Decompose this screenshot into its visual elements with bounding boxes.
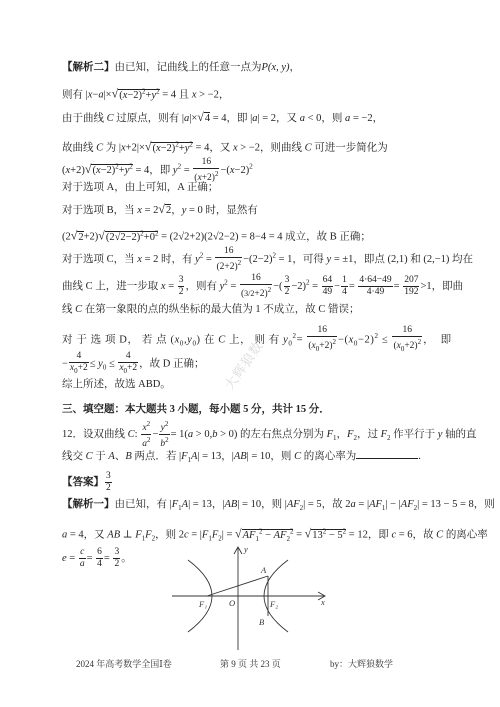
segment-f1-a <box>207 576 268 596</box>
x-label: x <box>320 597 325 607</box>
y-label: y <box>243 544 248 554</box>
point-a-label: A <box>260 565 267 575</box>
hyperbola-diagram: y x O F₁ F₂ A B <box>0 0 500 707</box>
origin-label: O <box>229 598 235 608</box>
footer-right: by：大辉狼数学 <box>330 657 393 670</box>
f1-label: F₁ <box>198 599 207 609</box>
footer-center: 第 9 页 共 23 页 <box>220 657 281 670</box>
point-b-label: B <box>259 617 264 627</box>
f2-label: F₂ <box>269 599 278 609</box>
footer-left: 2024 年高考数学全国Ⅰ卷 <box>76 657 172 670</box>
